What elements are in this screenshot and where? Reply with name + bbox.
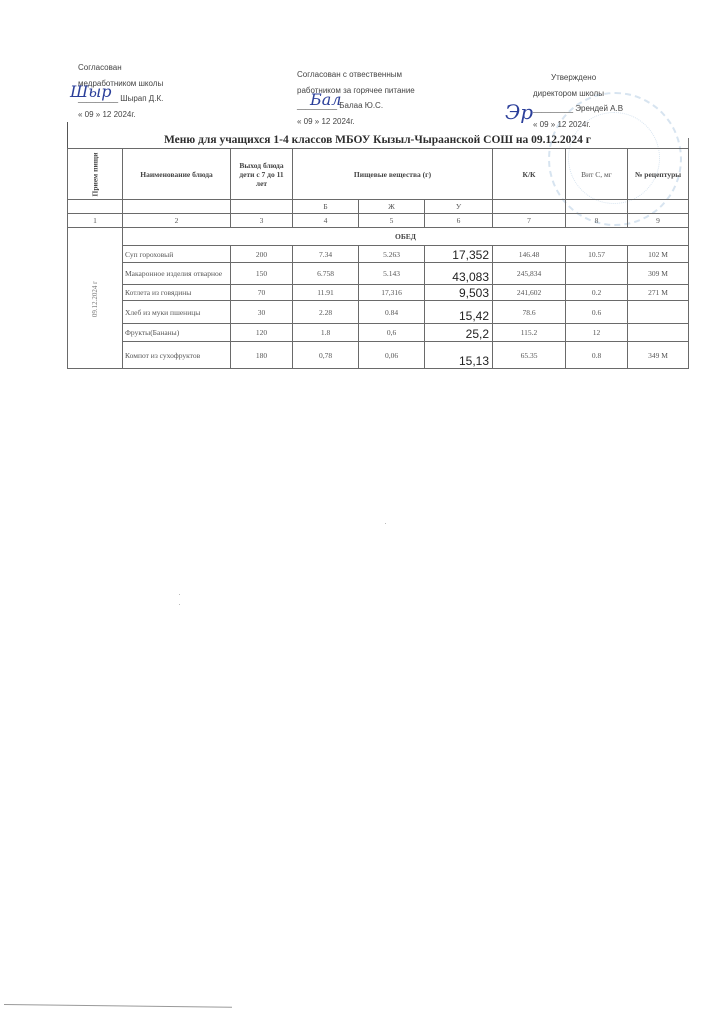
- vitamin-c: [566, 263, 628, 285]
- table-row: Фрукты(Бананы) 120 1.8 0,6 25,2 115.2 12: [68, 324, 689, 342]
- protein: 7.34: [293, 246, 359, 263]
- table-row: Макаронное изделия отварное 150 6.758 5.…: [68, 263, 689, 285]
- protein: 6.758: [293, 263, 359, 285]
- header-recipe: № рецептуры: [628, 149, 689, 200]
- section-row: 09.12.2024 г ОБЕД: [68, 228, 689, 246]
- header-kcal: К/К: [493, 149, 566, 200]
- approval-medical-date: « 09 » 12 2024г.: [78, 107, 163, 123]
- protein: 0,78: [293, 342, 359, 369]
- fat: 5.143: [359, 263, 425, 285]
- approval-catering-date: « 09 » 12 2024г.: [297, 114, 415, 130]
- dish-name: Фрукты(Бананы): [123, 324, 231, 342]
- carbs: 17,352: [425, 246, 493, 263]
- column-number: 4: [293, 214, 359, 228]
- kcal: 115.2: [493, 324, 566, 342]
- portion: 70: [231, 285, 293, 301]
- kcal: 65.35: [493, 342, 566, 369]
- dish-name: Хлеб из муки пшеницы: [123, 301, 231, 324]
- vitamin-c: 0.2: [566, 285, 628, 301]
- recipe-number: 309 М: [628, 263, 689, 285]
- table-row: Хлеб из муки пшеницы 30 2.28 0.84 15,42 …: [68, 301, 689, 324]
- approval-director-name: _________ Эрендей А.В: [533, 101, 623, 117]
- carbs: 15,42: [425, 301, 493, 324]
- dish-name: Макаронное изделия отварное: [123, 263, 231, 285]
- dish-name: Компот из сухофруктов: [123, 342, 231, 369]
- header-portion: Выход блюда дети с 7 до 11 лет: [231, 149, 293, 200]
- dish-name: Суп гороховый: [123, 246, 231, 263]
- column-number: 7: [493, 214, 566, 228]
- portion: 200: [231, 246, 293, 263]
- column-number: 8: [566, 214, 628, 228]
- header-row: Прием пищи Наименование блюда Выход блюд…: [68, 149, 689, 200]
- approval-director-line2: директором школы: [533, 86, 623, 102]
- portion: 180: [231, 342, 293, 369]
- approval-catering-name: _________ Балаа Ю.С.: [297, 98, 415, 114]
- column-number: 2: [123, 214, 231, 228]
- approval-catering: Согласован с отвественным работником за …: [297, 67, 415, 129]
- approval-medical-name: _________ Шырап Д.К.: [78, 91, 163, 107]
- carbs: 25,2: [425, 324, 493, 342]
- protein: 2.28: [293, 301, 359, 324]
- fat: 0.84: [359, 301, 425, 324]
- table-row: Суп гороховый 200 7.34 5.263 17,352 146.…: [68, 246, 689, 263]
- scan-speck: [385, 523, 386, 524]
- scan-edge-line: [4, 1004, 232, 1008]
- approval-medical-line1: Согласован: [78, 60, 163, 76]
- header-dish: Наименование блюда: [123, 149, 231, 200]
- vitamin-c: 12: [566, 324, 628, 342]
- vitamin-c: 10.57: [566, 246, 628, 263]
- subheader-carbs: У: [425, 200, 493, 214]
- approval-director-line1: Утверждено: [533, 70, 623, 86]
- subheader-fat: Ж: [359, 200, 425, 214]
- column-number: 5: [359, 214, 425, 228]
- recipe-number: [628, 301, 689, 324]
- approval-director: Утверждено директором школы _________ Эр…: [533, 70, 623, 132]
- carbs: 9,503: [425, 285, 493, 301]
- table-row: Котлета из говядины 70 11.91 17,316 9,50…: [68, 285, 689, 301]
- signature-director: Эр: [505, 100, 533, 124]
- dish-name: Котлета из говядины: [123, 285, 231, 301]
- vitamin-c: 0.6: [566, 301, 628, 324]
- carbs: 15,13: [425, 342, 493, 369]
- protein: 11.91: [293, 285, 359, 301]
- column-number: 6: [425, 214, 493, 228]
- header-meal: Прием пищи: [68, 149, 123, 200]
- column-number: 9: [628, 214, 689, 228]
- approval-catering-line2: работником за горячее питание: [297, 83, 415, 99]
- portion: 120: [231, 324, 293, 342]
- approval-director-date: « 09 » 12 2024г.: [533, 117, 623, 133]
- header-vitc: Вит С, мг: [566, 149, 628, 200]
- recipe-number: 349 М: [628, 342, 689, 369]
- fat: 17,316: [359, 285, 425, 301]
- protein: 1.8: [293, 324, 359, 342]
- portion: 150: [231, 263, 293, 285]
- header-nutrients: Пищевые вещества (г): [293, 149, 493, 200]
- date-cell: 09.12.2024 г: [68, 228, 123, 369]
- kcal: 245,834: [493, 263, 566, 285]
- approval-catering-line1: Согласован с отвественным: [297, 67, 415, 83]
- menu-table: Прием пищи Наименование блюда Выход блюд…: [67, 148, 689, 369]
- document-title: Меню для учащихся 1-4 классов МБОУ Кызыл…: [67, 134, 688, 146]
- vitamin-c: 0.8: [566, 342, 628, 369]
- recipe-number: 271 М: [628, 285, 689, 301]
- table-row: Компот из сухофруктов 180 0,78 0,06 15,1…: [68, 342, 689, 369]
- fat: 5.263: [359, 246, 425, 263]
- column-number: 3: [231, 214, 293, 228]
- scan-speck: [179, 594, 180, 595]
- fat: 0,06: [359, 342, 425, 369]
- portion: 30: [231, 301, 293, 324]
- kcal: 78.6: [493, 301, 566, 324]
- fat: 0,6: [359, 324, 425, 342]
- right-rule: [688, 138, 689, 148]
- carbs: 43,083: [425, 263, 493, 285]
- scan-speck: [179, 604, 180, 605]
- kcal: 146.48: [493, 246, 566, 263]
- recipe-number: [628, 324, 689, 342]
- approval-medical-line2: медработником школы: [78, 76, 163, 92]
- subheader-protein: Б: [293, 200, 359, 214]
- column-number: 1: [68, 214, 123, 228]
- section-lunch: ОБЕД: [123, 228, 689, 246]
- subheader-row: Б Ж У: [68, 200, 689, 214]
- column-number-row: 1 2 3 4 5 6 7 8 9: [68, 214, 689, 228]
- kcal: 241,602: [493, 285, 566, 301]
- recipe-number: 102 М: [628, 246, 689, 263]
- approval-medical: Согласован медработником школы _________…: [78, 60, 163, 122]
